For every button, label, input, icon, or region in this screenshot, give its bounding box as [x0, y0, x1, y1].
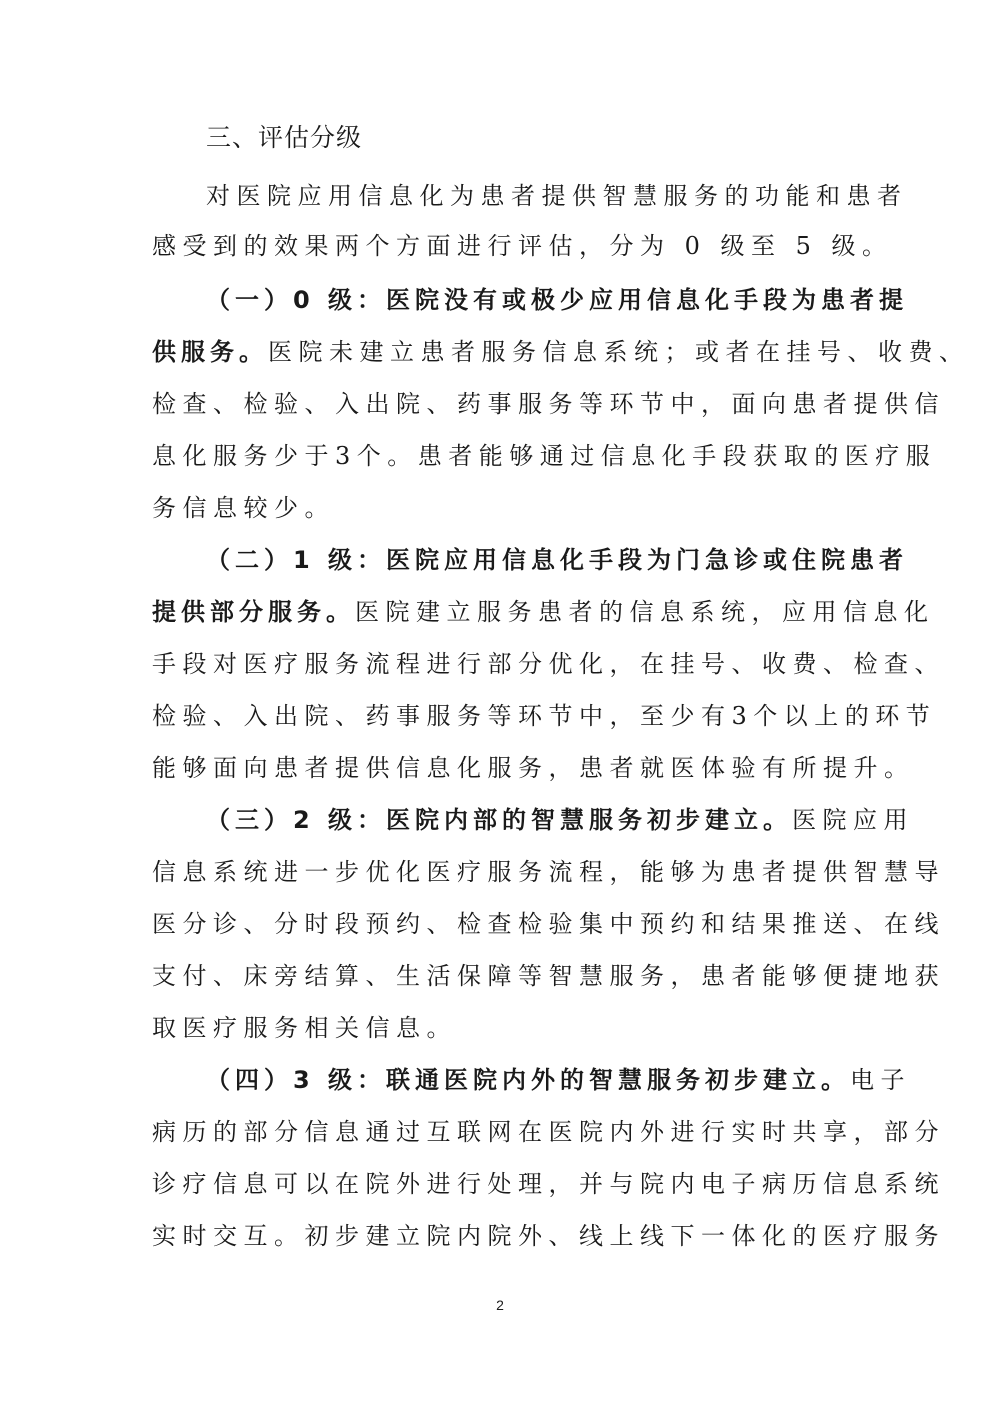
level-2-bold: （三）2 级：医院内部的智慧服务初步建立。 — [206, 806, 792, 834]
level-0-bold: （一）0 级：医院没有或极少应用信息化手段为患者提 — [206, 286, 908, 314]
level-0-line: 息化服务少于3个。患者能够通过信息化手段获取的医疗服 — [152, 442, 848, 470]
level-1-line: 提供部分服务。医院建立服务患者的信息系统，应用信息化 — [152, 598, 848, 626]
intro-line: 对医院应用信息化为患者提供智慧服务的功能和患者 — [206, 182, 848, 210]
level-0-line: 务信息较少。 — [152, 494, 848, 522]
intro-line: 感受到的效果两个方面进行评估，分为 0 级至 5 级。 — [152, 232, 848, 260]
level-1-line: 能够面向患者提供信息化服务，患者就医体验有所提升。 — [152, 754, 848, 782]
level-0-bold-end: 供服务。 — [152, 338, 268, 366]
level-0-text: 医院未建立患者服务信息系统；或者在挂号、收费、 — [268, 338, 970, 366]
level-2-title: （三）2 级：医院内部的智慧服务初步建立。医院应用 — [206, 806, 848, 834]
level-2-line: 取医疗服务相关信息。 — [152, 1014, 848, 1042]
level-1-bold: （二）1 级：医院应用信息化手段为门急诊或住院患者 — [206, 546, 908, 574]
level-3-bold: （四）3 级：联通医院内外的智慧服务初步建立。 — [206, 1066, 850, 1094]
level-3-text: 电子 — [850, 1066, 911, 1094]
level-3-line: 实时交互。初步建立院内院外、线上线下一体化的医疗服务 — [152, 1222, 848, 1250]
level-0-line: 供服务。医院未建立患者服务信息系统；或者在挂号、收费、 — [152, 338, 848, 366]
level-1-bold-end: 提供部分服务。 — [152, 598, 355, 626]
level-3-title: （四）3 级：联通医院内外的智慧服务初步建立。电子 — [206, 1066, 848, 1094]
level-1-title: （二）1 级：医院应用信息化手段为门急诊或住院患者 — [206, 546, 848, 574]
level-1-text: 医院建立服务患者的信息系统，应用信息化 — [355, 598, 935, 626]
level-2-line: 医分诊、分时段预约、检查检验集中预约和结果推送、在线 — [152, 910, 848, 938]
section-heading: 三、评估分级 — [206, 123, 362, 153]
level-2-line: 支付、床旁结算、生活保障等智慧服务，患者能够便捷地获 — [152, 962, 848, 990]
level-3-line: 诊疗信息可以在院外进行处理，并与院内电子病历信息系统 — [152, 1170, 848, 1198]
level-1-line: 手段对医疗服务流程进行部分优化，在挂号、收费、检查、 — [152, 650, 848, 678]
level-2-line: 信息系统进一步优化医疗服务流程，能够为患者提供智慧导 — [152, 858, 848, 886]
document-page: 三、评估分级 对医院应用信息化为患者提供智慧服务的功能和患者 感受到的效果两个方… — [0, 0, 1000, 1414]
level-3-line: 病历的部分信息通过互联网在医院内外进行实时共享，部分 — [152, 1118, 848, 1146]
level-0-title: （一）0 级：医院没有或极少应用信息化手段为患者提 — [206, 286, 848, 314]
level-0-line: 检查、检验、入出院、药事服务等环节中，面向患者提供信 — [152, 390, 848, 418]
level-2-text: 医院应用 — [792, 806, 914, 834]
page-number: 2 — [0, 1297, 1000, 1313]
level-1-line: 检验、入出院、药事服务等环节中，至少有3个以上的环节 — [152, 702, 848, 730]
